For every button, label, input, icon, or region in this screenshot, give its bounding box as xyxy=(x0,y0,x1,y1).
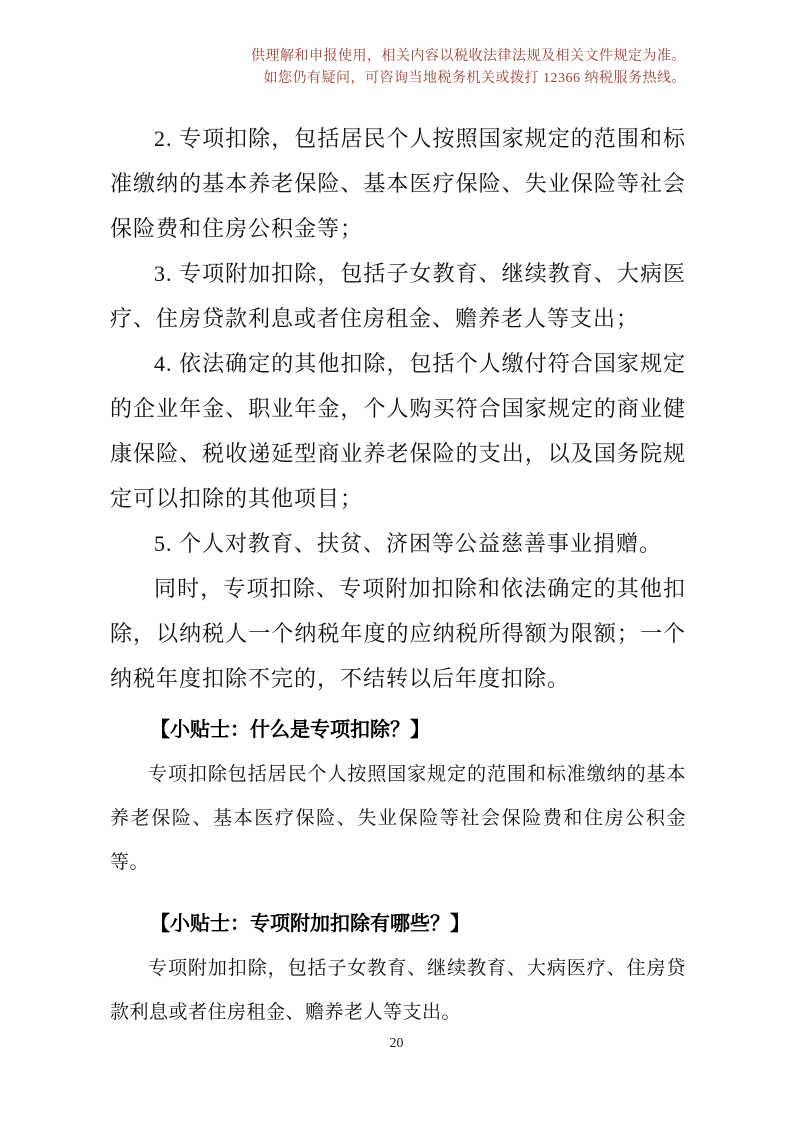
paragraph-item-2: 2. 专项扣除，包括居民个人按照国家规定的范围和标准缴纳的基本养老保险、基本医疗… xyxy=(110,116,686,251)
tip-heading-special-deduction: 【小贴士：什么是专项扣除？】 xyxy=(110,715,686,745)
document-page: 供理解和申报使用，相关内容以税收法律法规及相关文件规定为准。 如您仍有疑问，可咨… xyxy=(0,0,793,1122)
tip-body-special-deduction: 专项扣除包括居民个人按照国家规定的范围和标准缴纳的基本养老保险、基本医疗保险、失… xyxy=(110,753,686,885)
paragraph-item-5: 5. 个人对教育、扶贫、济困等公益慈善事业捐赠。 xyxy=(110,521,686,566)
tip-heading-additional-deduction: 【小贴士：专项附加扣除有哪些？】 xyxy=(110,909,686,939)
paragraph-item-3: 3. 专项附加扣除，包括子女教育、继续教育、大病医疗、住房贷款利息或者住房租金、… xyxy=(110,251,686,341)
paragraph-item-4: 4. 依法确定的其他扣除，包括个人缴付符合国家规定的企业年金、职业年金，个人购买… xyxy=(110,341,686,521)
page-content: 供理解和申报使用，相关内容以税收法律法规及相关文件规定为准。 如您仍有疑问，可咨… xyxy=(110,0,686,1035)
body-text: 2. 专项扣除，包括居民个人按照国家规定的范围和标准缴纳的基本养老保险、基本医疗… xyxy=(110,116,686,701)
tip-body-additional-deduction: 专项附加扣除，包括子女教育、继续教育、大病医疗、住房贷款利息或者住房租金、赡养老… xyxy=(110,947,686,1035)
header-note: 供理解和申报使用，相关内容以税收法律法规及相关文件规定为准。 如您仍有疑问，可咨… xyxy=(110,46,686,90)
header-note-line-2: 如您仍有疑问，可咨询当地税务机关或拨打 12366 纳税服务热线。 xyxy=(110,68,686,90)
paragraph-summary: 同时，专项扣除、专项附加扣除和依法确定的其他扣除，以纳税人一个纳税年度的应纳税所… xyxy=(110,566,686,701)
page-number: 20 xyxy=(0,1036,793,1052)
header-note-line-1: 供理解和申报使用，相关内容以税收法律法规及相关文件规定为准。 xyxy=(110,46,686,68)
